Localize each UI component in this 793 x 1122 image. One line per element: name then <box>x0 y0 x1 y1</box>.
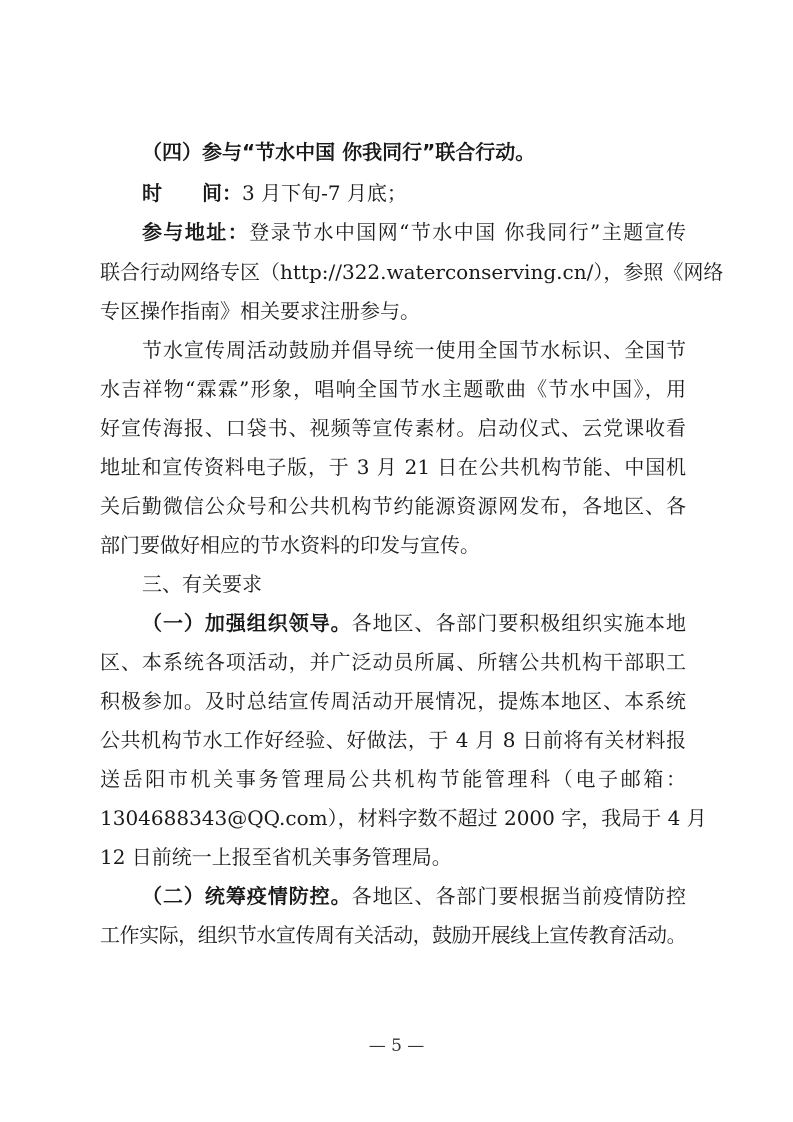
page-number: — 5 — <box>0 1034 793 1058</box>
address-label: 参与地址： <box>142 220 249 244</box>
promo-line: 水吉祥物“霖霖”形象，唱响全国节水主题歌曲《节水中国》，用 <box>100 374 686 404</box>
promo-line: 部门要做好相应的节水资料的印发与宣传。 <box>100 530 686 560</box>
address-text: 登录节水中国网“节水中国 你我同行”主题宣传 <box>249 220 686 244</box>
req-1-email-line: 1304688343@QQ.com），材料字数不超过 2000 字，我局于 4 … <box>100 803 686 833</box>
req-1-line: 积极参加。及时总结宣传周活动开展情况，提炼本地区、本系统 <box>100 686 686 716</box>
time-value: 3 月下旬-7 月底； <box>242 181 407 205</box>
req-1-text: 各地区、各部门要积极组织实施本地 <box>352 611 686 635</box>
req-1-heading: （一）加强组织领导。 <box>142 611 352 635</box>
req-1-first-line: （一）加强组织领导。各地区、各部门要积极组织实施本地 <box>142 608 686 638</box>
req-2-heading: （二）统筹疫情防控。 <box>142 884 352 908</box>
req-2-text: 各地区、各部门要根据当前疫情防控 <box>352 884 686 908</box>
promo-line: 节水宣传周活动鼓励并倡导统一使用全国节水标识、全国节 <box>142 335 686 365</box>
document-page: （四）参与“节水中国 你我同行”联合行动。 时 间：3 月下旬-7 月底； 参与… <box>0 0 793 1122</box>
promo-line: 关后勤微信公众号和公共机构节约能源资源网发布，各地区、各 <box>100 491 686 521</box>
promo-line: 好宣传海报、口袋书、视频等宣传素材。启动仪式、云党课收看 <box>100 413 686 443</box>
promo-line: 地址和宣传资料电子版，于 3 月 21 日在公共机构节能、中国机 <box>100 452 686 482</box>
req-1-line: 公共机构节水工作好经验、好做法，于 4 月 8 日前将有关材料报 <box>100 725 686 755</box>
req-2-line: 工作实际，组织节水宣传周有关活动，鼓励开展线上宣传教育活动。 <box>100 920 686 950</box>
section-4-heading: （四）参与“节水中国 你我同行”联合行动。 <box>142 137 686 167</box>
req-1-line: 12 日前统一上报至省机关事务管理局。 <box>100 842 686 872</box>
address-row: 参与地址：登录节水中国网“节水中国 你我同行”主题宣传 <box>142 217 686 247</box>
time-row: 时 间：3 月下旬-7 月底； <box>142 178 686 208</box>
req-1-line: 送岳阳市机关事务管理局公共机构节能管理科（电子邮箱： <box>100 764 686 794</box>
req-2-first-line: （二）统筹疫情防控。各地区、各部门要根据当前疫情防控 <box>142 881 686 911</box>
address-line: 联合行动网络专区（http://322.waterconserving.cn/）… <box>100 257 686 287</box>
section-3-heading: 三、有关要求 <box>142 569 686 599</box>
address-line: 专区操作指南》相关要求注册参与。 <box>100 296 686 326</box>
time-label: 时 间： <box>142 181 242 205</box>
req-1-line: 区、本系统各项活动，并广泛动员所属、所辖公共机构干部职工 <box>100 647 686 677</box>
